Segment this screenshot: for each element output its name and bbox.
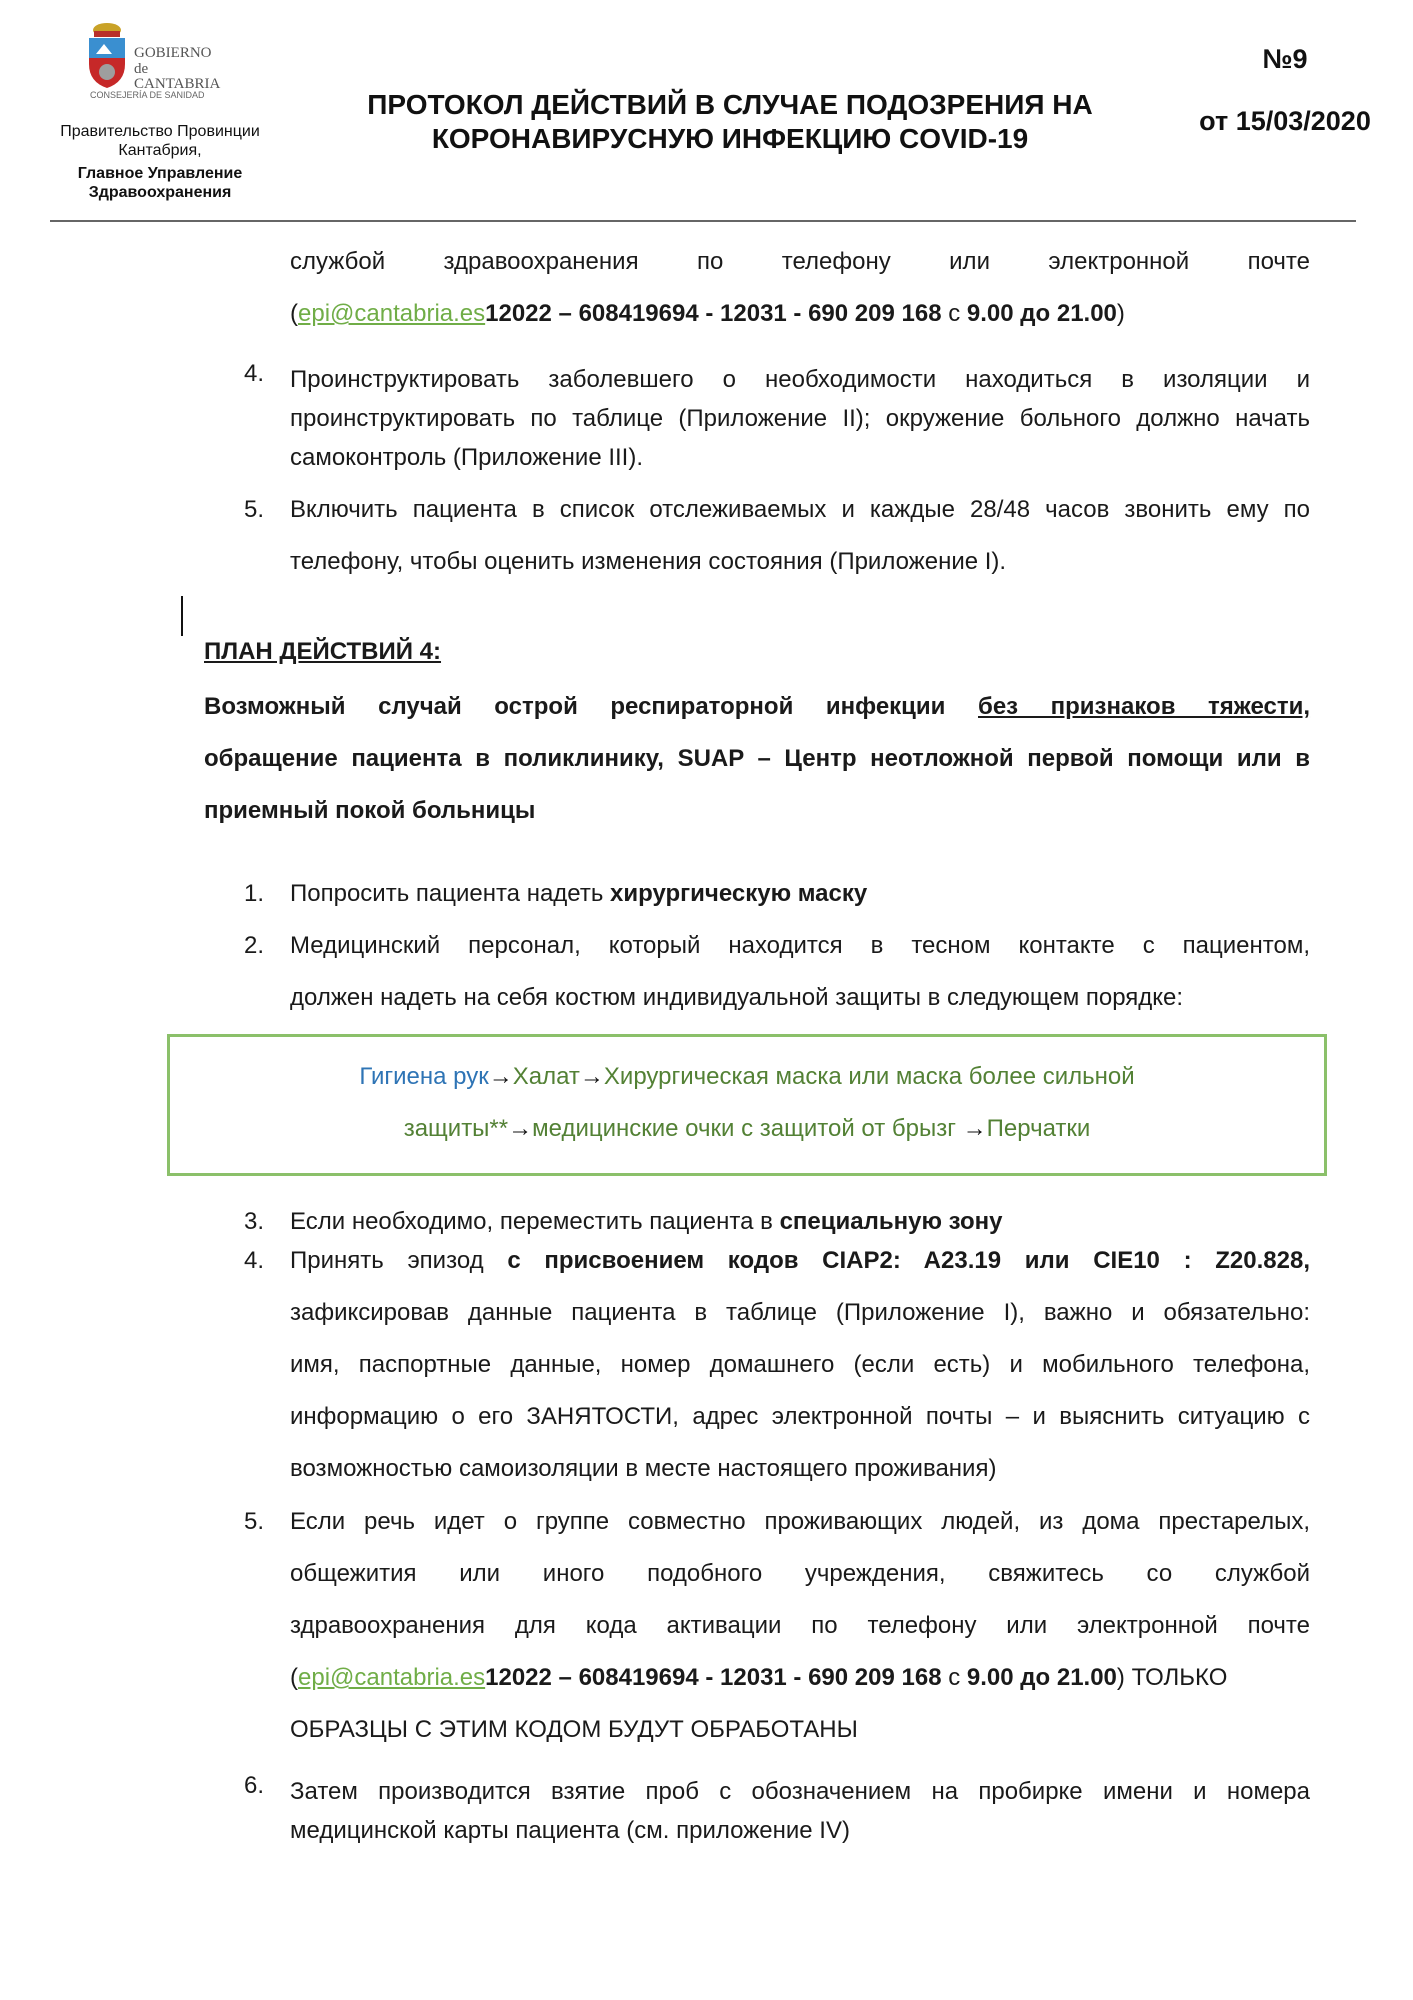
- list-item-line: Включить пациента в список отслеживаемых…: [290, 496, 1310, 524]
- list-number: 6.: [244, 1772, 280, 1800]
- list-number: 5.: [244, 1508, 280, 1536]
- plan-description-line3: приемный покой больницы: [204, 797, 1310, 825]
- ppe-step-mask-cont: защиты**: [404, 1115, 508, 1142]
- contact-info: (epi@cantabria.es12022 – 608419694 - 120…: [290, 300, 1310, 328]
- ppe-step-mask: Хирургическая маска или маска более силь…: [604, 1063, 1135, 1090]
- list-item-line: телефону, чтобы оценить изменения состоя…: [290, 548, 1310, 576]
- logo-text-gobierno: GOBIERNO: [134, 46, 212, 61]
- list-number: 1.: [244, 880, 280, 908]
- title-line2: КОРОНАВИРУСНУЮ ИНФЕКЦИЮ COVID-19: [330, 122, 1130, 156]
- list-number: 4.: [244, 360, 280, 388]
- ppe-line2: защиты**→медицинские очки с защитой от б…: [170, 1115, 1324, 1143]
- department-line1: Главное Управление: [40, 164, 280, 183]
- list-item: Если необходимо, переместить пациента в …: [290, 1208, 1310, 1236]
- item-bold-text: специальную зону: [780, 1208, 1003, 1235]
- ppe-line1: Гигиена рук→Халат→Хирургическая маска ил…: [170, 1063, 1324, 1091]
- continuation-line: службой здравоохранения по телефону или …: [290, 248, 1310, 276]
- from-word: с: [942, 1664, 967, 1691]
- plan-desc-underlined: без признаков тяжести,: [978, 693, 1310, 720]
- arrow-right-icon: →: [489, 1063, 513, 1090]
- department-name: Главное Управление Здравоохранения: [40, 164, 280, 202]
- list-number: 5.: [244, 496, 280, 524]
- paren-close: ) ТОЛЬКО: [1117, 1664, 1228, 1691]
- coat-of-arms-icon: [84, 20, 130, 90]
- list-item-line: ОБРАЗЦЫ С ЭТИМ КОДОМ БУДУТ ОБРАБОТАНЫ: [290, 1716, 1310, 1744]
- hours: 9.00 до 21.00: [967, 300, 1117, 327]
- document-title: ПРОТОКОЛ ДЕЙСТВИЙ В СЛУЧАЕ ПОДОЗРЕНИЯ НА…: [330, 88, 1130, 156]
- department-line2: Здравоохранения: [40, 183, 280, 202]
- document-number: №9: [1200, 44, 1370, 75]
- list-item-line: Принять эпизод с присвоением кодов CIAP2…: [290, 1247, 1310, 1275]
- item-text: Принять эпизод: [290, 1247, 507, 1274]
- paren-open: (: [290, 300, 298, 327]
- logo-subtitle: CONSEJERÍA DE SANIDAD: [90, 90, 205, 100]
- list-item-line: информацию о его ЗАНЯТОСТИ, адрес электр…: [290, 1403, 1310, 1431]
- item-codes: с присвоением кодов CIAP2: A23.19 или CI…: [507, 1247, 1310, 1274]
- ppe-step-gloves: Перчатки: [987, 1115, 1091, 1142]
- list-item-line: зафиксировав данные пациента в таблице (…: [290, 1299, 1310, 1327]
- plan-description-line1: Возможный случай острой респираторной ин…: [204, 693, 1310, 721]
- list-item-line: должен надеть на себя костюм индивидуаль…: [290, 984, 1310, 1012]
- logo-text-de: de: [134, 62, 148, 77]
- phone-numbers: 12022 – 608419694 - 12031 - 690 209 168: [485, 1664, 941, 1691]
- paren-open: (: [290, 1664, 298, 1691]
- list-item: Проинструктировать заболевшего о необход…: [290, 360, 1310, 477]
- ppe-step-hand-hygiene: Гигиена рук: [359, 1063, 488, 1090]
- email-link[interactable]: epi@cantabria.es: [298, 300, 485, 327]
- item-text: Попросить пациента надеть: [290, 880, 610, 907]
- list-number: 2.: [244, 932, 280, 960]
- org-name-line2: Кантабрия,: [40, 141, 280, 160]
- from-word: с: [942, 300, 967, 327]
- plan-heading: ПЛАН ДЕЙСТВИЙ 4:: [204, 638, 441, 666]
- text-cursor: [181, 596, 183, 636]
- email-link[interactable]: epi@cantabria.es: [298, 1664, 485, 1691]
- document-date: от 15/03/2020: [1160, 106, 1410, 137]
- paren-close: ): [1117, 300, 1125, 327]
- item-text: Если необходимо, переместить пациента в: [290, 1208, 780, 1235]
- list-item-line: здравоохранения для кода активации по те…: [290, 1612, 1310, 1640]
- arrow-right-icon: →: [580, 1063, 604, 1090]
- list-item: Попросить пациента надеть хирургическую …: [290, 880, 1310, 908]
- header-divider: [50, 220, 1356, 222]
- item-bold-text: хирургическую маску: [610, 880, 867, 907]
- contact-info: (epi@cantabria.es12022 – 608419694 - 120…: [290, 1664, 1310, 1692]
- ppe-step-goggles: медицинские очки с защитой от брызг: [532, 1115, 963, 1142]
- ppe-order-box: Гигиена рук→Халат→Хирургическая маска ил…: [167, 1034, 1327, 1176]
- org-name: Правительство Провинции Кантабрия,: [40, 122, 280, 160]
- list-item-line: имя, паспортные данные, номер домашнего …: [290, 1351, 1310, 1379]
- ppe-step-gown: Халат: [513, 1063, 580, 1090]
- list-item-line: возможностью самоизоляции в месте настоя…: [290, 1455, 1310, 1483]
- title-line1: ПРОТОКОЛ ДЕЙСТВИЙ В СЛУЧАЕ ПОДОЗРЕНИЯ НА: [330, 88, 1130, 122]
- hours: 9.00 до 21.00: [967, 1664, 1117, 1691]
- org-name-line1: Правительство Провинции: [40, 122, 280, 141]
- phone-numbers: 12022 – 608419694 - 12031 - 690 209 168: [485, 300, 941, 327]
- list-item-line: общежития или иного подобного учреждения…: [290, 1560, 1310, 1588]
- arrow-right-icon: →: [508, 1115, 532, 1142]
- list-item-line: Медицинский персонал, который находится …: [290, 932, 1310, 960]
- plan-desc-text: Возможный случай острой респираторной ин…: [204, 693, 978, 720]
- list-item: Затем производится взятие проб с обознач…: [290, 1772, 1310, 1850]
- arrow-right-icon: →: [963, 1115, 987, 1142]
- list-item-line: Если речь идет о группе совместно прожив…: [290, 1508, 1310, 1536]
- list-number: 3.: [244, 1208, 280, 1236]
- list-number: 4.: [244, 1247, 280, 1275]
- plan-description-line2: обращение пациента в поликлинику, SUAP –…: [204, 745, 1310, 773]
